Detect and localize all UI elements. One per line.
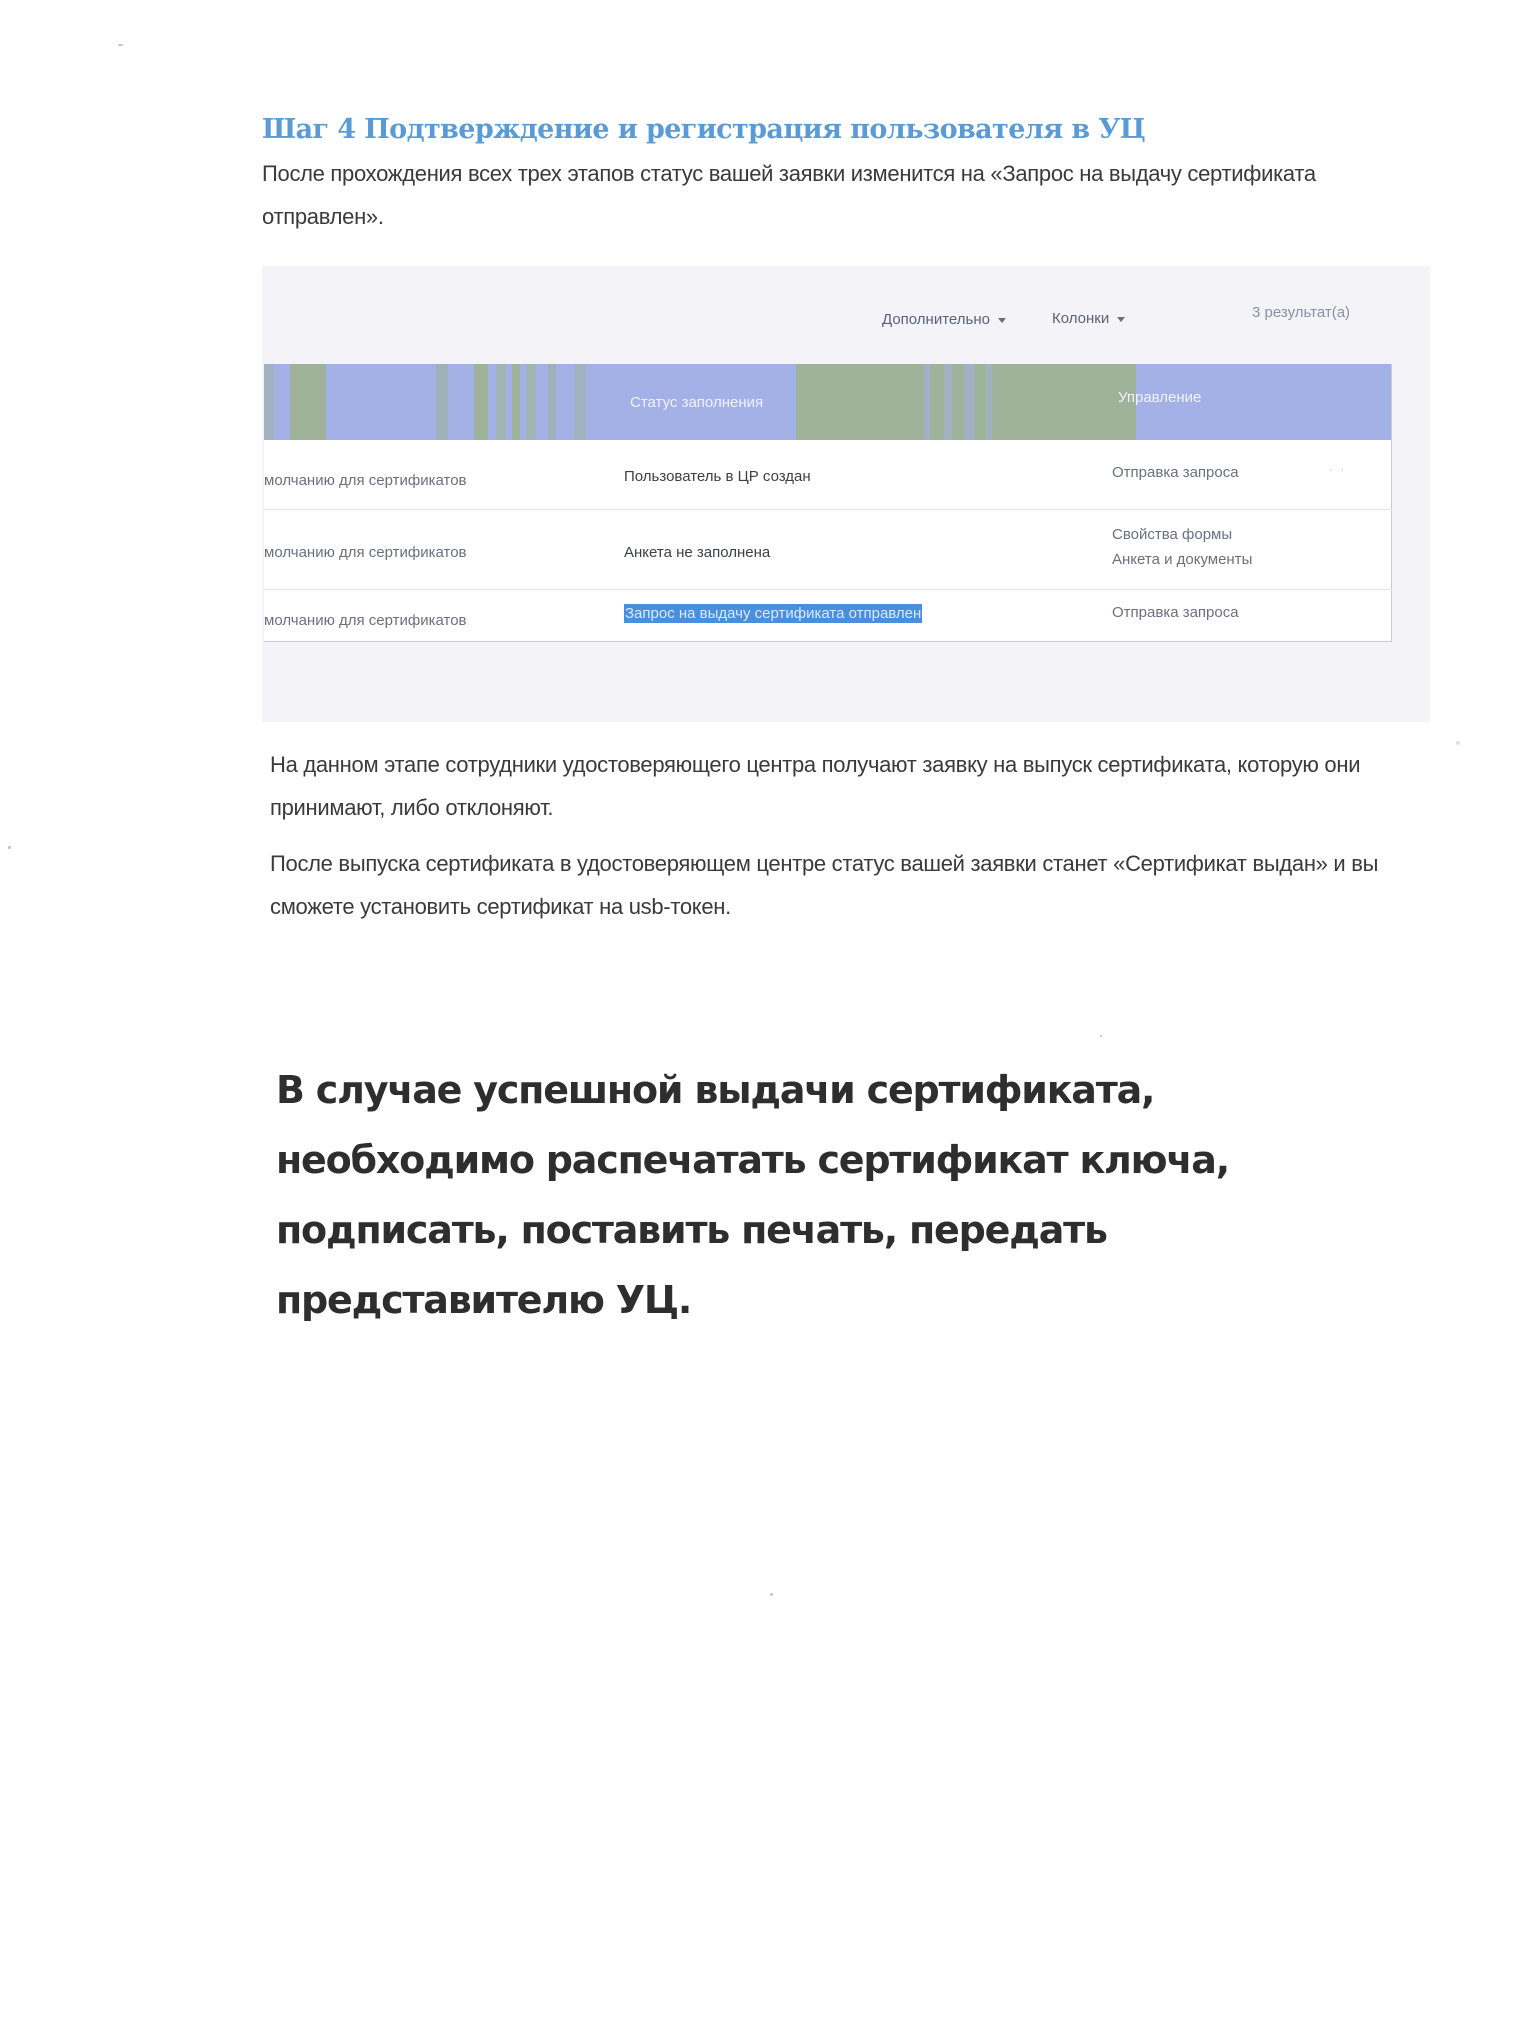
- scan-speck: [118, 44, 123, 46]
- scan-speck: [8, 846, 11, 849]
- send-request-link[interactable]: Отправка запроса: [1112, 600, 1239, 625]
- header-artifact-stripe: [986, 364, 992, 440]
- more-dropdown[interactable]: Дополнительно: [882, 311, 1006, 328]
- step-title: Шаг 4 Подтверждение и регистрация пользо…: [262, 114, 1145, 145]
- columns-label: Колонки: [1052, 310, 1109, 327]
- results-count: 3 результат(а): [1252, 304, 1350, 321]
- header-artifact-stripe: [264, 364, 274, 440]
- scan-speck: [1100, 1035, 1102, 1037]
- header-artifact-stripe: [964, 364, 974, 440]
- header-artifact-stripe: [290, 364, 326, 440]
- column-header-status[interactable]: Статус заполнения: [630, 394, 763, 411]
- cell-status: Анкета не заполнена: [624, 544, 770, 561]
- cell-type: молчанию для сертификатов: [264, 612, 467, 629]
- intro-paragraph: После прохождения всех трех этапов стату…: [262, 152, 1382, 238]
- bold-instruction: В случае успешной выдачи сертификата, не…: [276, 1055, 1326, 1335]
- caret-down-icon: [1117, 317, 1125, 322]
- cell-actions: Отправка запроса: [1112, 460, 1239, 485]
- header-artifact-stripe: [512, 364, 520, 440]
- scan-speck: [770, 1593, 773, 1596]
- header-artifact-stripe: [548, 364, 556, 440]
- columns-dropdown[interactable]: Колонки: [1052, 310, 1125, 327]
- caret-down-icon: [998, 318, 1006, 323]
- embedded-screenshot: Дополнительно Колонки 3 результат(а) Ста…: [262, 266, 1430, 722]
- cell-status: Пользователь в ЦР создан: [624, 468, 811, 485]
- header-artifact-stripe: [574, 364, 586, 440]
- table-row: молчанию для сертификатов Запрос на выда…: [264, 590, 1392, 642]
- questionnaire-documents-link[interactable]: Анкета и документы: [1112, 547, 1252, 572]
- header-artifact-stripe: [436, 364, 448, 440]
- cell-status-selected: Запрос на выдачу сертификата отправлен: [624, 604, 922, 623]
- paragraph-issued: После выпуска сертификата в удостоверяющ…: [270, 842, 1410, 928]
- column-header-manage[interactable]: Управление: [1118, 389, 1201, 406]
- header-artifact-stripe: [496, 364, 506, 440]
- table-header: Статус заполнения Управление: [264, 364, 1391, 440]
- cell-type: молчанию для сертификатов: [264, 472, 467, 489]
- paragraph-review: На данном этапе сотрудники удостоверяюще…: [270, 743, 1410, 829]
- requests-table: Статус заполнения Управление молчанию дл…: [264, 364, 1392, 642]
- table-row: молчанию для сертификатов Пользователь в…: [264, 440, 1392, 510]
- cell-type: молчанию для сертификатов: [264, 544, 467, 561]
- send-request-link[interactable]: Отправка запроса: [1112, 460, 1239, 485]
- header-artifact-stripe: [474, 364, 488, 440]
- cell-actions: Свойства формы Анкета и документы: [1112, 522, 1252, 572]
- more-label: Дополнительно: [882, 311, 990, 328]
- header-artifact-stripe: [526, 364, 536, 440]
- row-menu-icon[interactable]: · ·: [1329, 462, 1346, 476]
- cell-actions: Отправка запроса: [1112, 600, 1239, 625]
- table-row: молчанию для сертификатов Анкета не запо…: [264, 510, 1392, 590]
- header-artifact-stripe: [924, 364, 930, 440]
- form-properties-link[interactable]: Свойства формы: [1112, 522, 1252, 547]
- scan-speck: [1456, 741, 1460, 745]
- header-artifact-stripe: [944, 364, 952, 440]
